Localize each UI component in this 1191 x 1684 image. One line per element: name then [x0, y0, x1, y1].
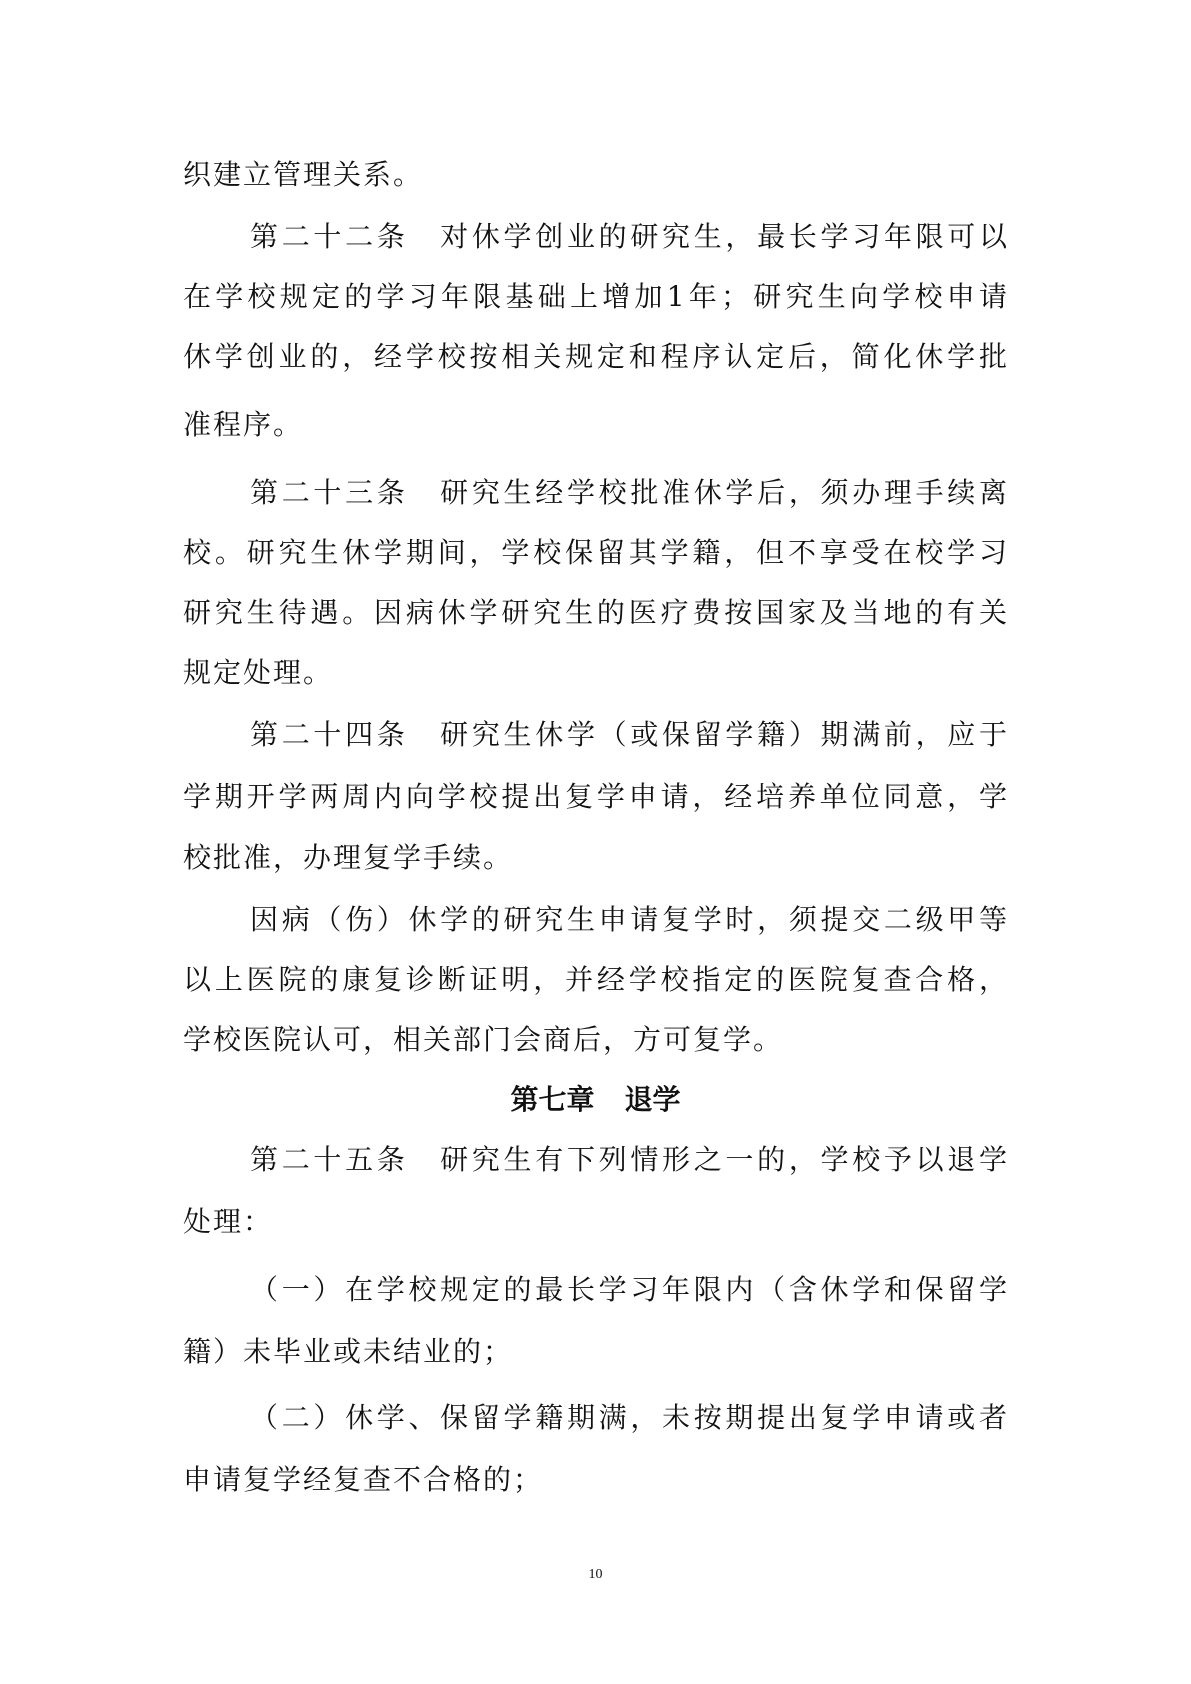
text-line: 校。研究生休学期间，学校保留其学籍，但不享受在校学习 [183, 533, 1007, 573]
text-line: 织建立管理关系。 [183, 155, 1007, 195]
text-line: 申请复学经复查不合格的； [183, 1460, 1007, 1500]
text-line: 学校医院认可，相关部门会商后，方可复学。 [183, 1020, 1007, 1060]
text-line: 规定处理。 [183, 653, 1007, 693]
paragraph-start-line: 第二十二条 对休学创业的研究生，最长学习年限可以 [250, 217, 1007, 257]
text-line: 处理： [183, 1202, 1007, 1242]
page-number: 10 [0, 1567, 1191, 1583]
text-line: 以上医院的康复诊断证明，并经学校指定的医院复查合格， [183, 960, 1007, 1000]
document-page: 织建立管理关系。第二十二条 对休学创业的研究生，最长学习年限可以在学校规定的学习… [0, 0, 1191, 1684]
paragraph-start-line: 第二十五条 研究生有下列情形之一的，学校予以退学 [250, 1140, 1007, 1180]
text-line: 准程序。 [183, 405, 1007, 445]
paragraph-start-line: 第二十四条 研究生休学（或保留学籍）期满前，应于 [250, 715, 1007, 755]
chapter-number: 第七章 [510, 1083, 594, 1116]
paragraph-start-line: （一）在学校规定的最长学习年限内（含休学和保留学 [250, 1270, 1007, 1310]
paragraph-start-line: （二）休学、保留学籍期满，未按期提出复学申请或者 [250, 1398, 1007, 1438]
chapter-title: 退学 [625, 1083, 681, 1116]
chapter-heading: 第七章退学 [0, 1078, 1191, 1122]
text-line: 校批准，办理复学手续。 [183, 838, 1007, 878]
paragraph-start-line: 第二十三条 研究生经学校批准休学后，须办理手续离 [250, 473, 1007, 513]
text-line: 研究生待遇。因病休学研究生的医疗费按国家及当地的有关 [183, 593, 1007, 633]
text-line: 休学创业的，经学校按相关规定和程序认定后，简化休学批 [183, 337, 1007, 377]
text-line: 在学校规定的学习年限基础上增加1年；研究生向学校申请 [183, 277, 1007, 317]
paragraph-start-line: 因病（伤）休学的研究生申请复学时，须提交二级甲等 [250, 900, 1007, 940]
text-line: 籍）未毕业或未结业的； [183, 1332, 1007, 1372]
text-line: 学期开学两周内向学校提出复学申请，经培养单位同意，学 [183, 777, 1007, 817]
